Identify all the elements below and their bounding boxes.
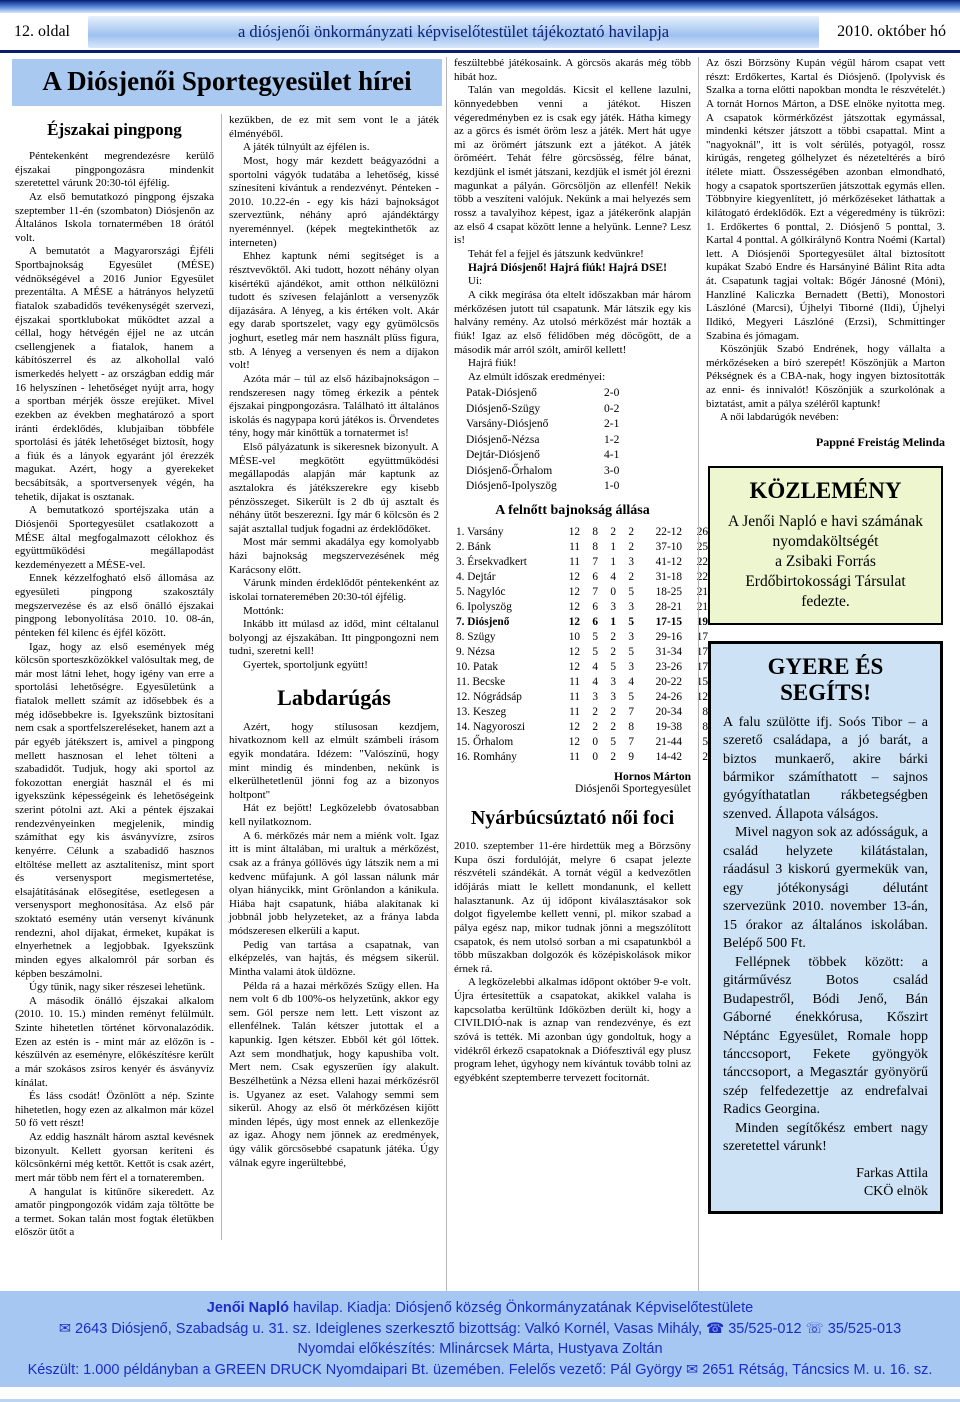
page-number: 12. oldal: [14, 23, 70, 41]
imprint-line-4: Készült: 1.000 példányban a GREEN DRUCK …: [6, 1360, 954, 1381]
masthead: a diósjenői önkormányzati képviselőtestü…: [88, 16, 819, 48]
hajra-line: Hajrá Diósjenő! Hajrá fiúk! Hajrá DSE!: [454, 262, 691, 274]
paragraph: Most már semmi akadálya egy komolyabb há…: [229, 536, 439, 577]
paragraph: feszültebbé játékosaink. A görcsös akará…: [454, 57, 691, 84]
standings-row: 15. Őrhalom1205721-445: [456, 735, 691, 750]
standings-goals: 17-15: [634, 615, 682, 630]
standings-lost: 3: [616, 600, 634, 615]
help-signature-name: Farkas Attila: [723, 1165, 928, 1183]
match-result-row: Patak-Diósjenő2-0: [466, 386, 691, 402]
standings-drawn: 2: [598, 705, 616, 720]
column-4: Az őszi Börzsöny Kupán végül három csapa…: [698, 57, 952, 1291]
football-signature: Hornos Márton Diósjenői Sportegyesület: [454, 771, 691, 795]
standings-team: 9. Nézsa: [456, 645, 556, 660]
section-heading-football: Labdarúgás: [229, 685, 439, 711]
match-teams: Diósjenő-Nézsa: [466, 433, 604, 449]
standings-team: 13. Keszeg: [456, 705, 556, 720]
paragraph: A falu szülötte ifj. Soós Tibor – a szer…: [723, 714, 928, 825]
announcement-line: a Zsibaki Forrás: [722, 552, 929, 572]
match-teams: Patak-Diósjenő: [466, 386, 604, 402]
paragraph: Most, hogy már kezdett beágyazódni a spo…: [229, 155, 439, 250]
standings-played: 11: [556, 750, 580, 765]
help-paragraphs: A falu szülötte ifj. Soós Tibor – a szer…: [723, 714, 928, 1157]
standings-played: 12: [556, 600, 580, 615]
paragraph: A második önálló éjszakai alkalom (2010.…: [15, 995, 214, 1090]
standings-drawn: 2: [598, 720, 616, 735]
standings-row: 7. Diósjenő1261517-1519: [456, 615, 691, 630]
standings-row: 9. Nézsa1252531-3417: [456, 645, 691, 660]
standings-won: 8: [580, 540, 598, 555]
standings-goals: 23-26: [634, 660, 682, 675]
paragraph: A hangulat is kitűnőre sikeredett. Az am…: [15, 1186, 214, 1241]
paragraph: Ui:: [454, 275, 691, 289]
standings-played: 12: [556, 720, 580, 735]
paragraph: Azóta már – túl az első házibajnokságon …: [229, 373, 439, 441]
standings-won: 4: [580, 660, 598, 675]
standings-drawn: 2: [598, 525, 616, 540]
standings-team: 3. Érsekvadkert: [456, 555, 556, 570]
standings-won: 8: [580, 525, 598, 540]
match-score: 1-0: [604, 479, 654, 495]
standings-team: 4. Dejtár: [456, 570, 556, 585]
page-header: 12. oldal a diósjenői önkormányzati képv…: [0, 13, 960, 53]
imprint-footer: Jenői Napló havilap. Kiadja: Diósjenő kö…: [0, 1291, 960, 1387]
match-teams: Diósjenő-Ipolyszög: [466, 479, 604, 495]
standings-row: 2. Bánk1181237-1025: [456, 540, 691, 555]
standings-row: 10. Patak1245323-2617: [456, 660, 691, 675]
pingpong-col2-text: kezükben, de ez mit sem vont le a játék …: [229, 114, 439, 673]
standings-drawn: 1: [598, 540, 616, 555]
standings-won: 2: [580, 705, 598, 720]
standings-goals: 14-42: [634, 750, 682, 765]
football-col2-text: Azért, hogy stílusosan kezdjem, hivatkoz…: [229, 721, 439, 1171]
standings-drawn: 5: [598, 660, 616, 675]
article-title: A Diósjenői Sportegyesület hírei: [12, 59, 442, 106]
paragraph: A játék túlnyúlt az éjfélen is.: [229, 141, 439, 155]
standings-team: 5. Nagylóc: [456, 585, 556, 600]
newsletter-page: 12. oldal a diósjenői önkormányzati képv…: [0, 0, 960, 1402]
standings-lost: 5: [616, 690, 634, 705]
standings-won: 6: [580, 615, 598, 630]
standings-lost: 2: [616, 540, 634, 555]
announcement-line: Erdőbirtokossági Társulat: [722, 572, 929, 592]
match-teams: Diósjenő-Őrhalom: [466, 464, 604, 480]
standings-won: 5: [580, 645, 598, 660]
standings-drawn: 2: [598, 750, 616, 765]
help-signature-role: CKÖ elnök: [723, 1183, 928, 1201]
women-signature-name: Pappné Freistág Melinda: [706, 435, 945, 450]
standings-team: 6. Ipolyszög: [456, 600, 556, 615]
match-result-row: Diósjenő-Szügy0-2: [466, 402, 691, 418]
standings-drawn: 1: [598, 615, 616, 630]
standings-row: 12. Nógrádsáp1133524-2612: [456, 690, 691, 705]
standings-drawn: 4: [598, 570, 616, 585]
standings-drawn: 3: [598, 600, 616, 615]
paragraph: Az első bemutatkozó pingpong éjszaka sze…: [15, 191, 214, 246]
paragraph: Hajrá fiúk!: [454, 357, 691, 371]
match-teams: Dejtár-Diósjenő: [466, 448, 604, 464]
imprint-line-3: Nyomdai előkészítés: Mlinárcsek Márta, H…: [6, 1339, 954, 1360]
standings-lost: 7: [616, 705, 634, 720]
standings-lost: 8: [616, 720, 634, 735]
standings-played: 10: [556, 630, 580, 645]
paragraph: A legközelebbi alkalmas időpont október …: [454, 976, 691, 1085]
paragraph: Péntekenként megrendezésre kerülő éjszak…: [15, 150, 214, 191]
paragraph: Mottónk:: [229, 605, 439, 619]
standings-row: 11. Becske1143420-2215: [456, 675, 691, 690]
signature-org: Diósjenői Sportegyesület: [454, 783, 691, 795]
paragraph: Úgy tűnik, nagy siker részesei lehetünk.: [15, 981, 214, 995]
help-title: GYERE ÉS SEGÍTS!: [723, 654, 928, 706]
standings-row: 5. Nagylóc1270518-2521: [456, 585, 691, 600]
announcement-title: KÖZLEMÉNY: [722, 478, 929, 504]
match-score: 0-2: [604, 402, 654, 418]
standings-goals: 24-26: [634, 690, 682, 705]
standings-goals: 29-16: [634, 630, 682, 645]
standings-heading: A felnőtt bajnokság állása: [454, 503, 691, 519]
standings-played: 12: [556, 615, 580, 630]
paragraph: A 6. mérkőzés már nem a miénk volt. Igaz…: [229, 830, 439, 939]
standings-table: 1. Varsány1282222-12262. Bánk1181237-102…: [456, 525, 691, 765]
standings-played: 12: [556, 570, 580, 585]
standings-won: 3: [580, 690, 598, 705]
standings-row: 4. Dejtár1264231-1822: [456, 570, 691, 585]
paragraph: Köszönjük Szabó Endrének, hogy vállalta …: [706, 343, 945, 411]
paragraph: Fellépnek többek között: a gitárművész B…: [723, 954, 928, 1120]
standings-drawn: 5: [598, 735, 616, 750]
column-3: feszültebbé játékosaink. A görcsös akará…: [446, 57, 698, 1291]
standings-row: 14. Nagyoroszi1222819-388: [456, 720, 691, 735]
standings-team: 1. Varsány: [456, 525, 556, 540]
standings-team: 10. Patak: [456, 660, 556, 675]
standings-team: 11. Becske: [456, 675, 556, 690]
match-score: 4-1: [604, 448, 654, 464]
match-result-row: Dejtár-Diósjenő4-1: [466, 448, 691, 464]
standings-won: 0: [580, 735, 598, 750]
signature-name: Hornos Márton: [454, 771, 691, 783]
standings-lost: 3: [616, 630, 634, 645]
announcement-line: nyomdaköltségét: [722, 532, 929, 552]
standings-lost: 5: [616, 645, 634, 660]
announcement-box: KÖZLEMÉNY A Jenői Napló e havi számánakn…: [708, 466, 943, 625]
paragraph: Tehát fel a fejjel és játszunk kedvünkre…: [454, 248, 691, 262]
issue-date: 2010. október hó: [837, 23, 946, 41]
paragraph: Inkább itt múlasd az időd, mint céltalan…: [229, 618, 439, 659]
standings-played: 11: [556, 675, 580, 690]
standings-team: 12. Nógrádsáp: [456, 690, 556, 705]
paragraph: kezükben, de ez mit sem vont le a játék …: [229, 114, 439, 141]
standings-played: 11: [556, 705, 580, 720]
match-score: 2-0: [604, 386, 654, 402]
paragraph: Minden segítőkész embert nagy szeretette…: [723, 1120, 928, 1157]
paragraph: Hát ez bejött! Legközelebb óvatosabban k…: [229, 802, 439, 829]
standings-goals: 18-25: [634, 585, 682, 600]
paragraph: Az elmúlt időszak eredményei:: [454, 371, 691, 385]
imprint-line-1-rest: havilap. Kiadja: Diósjenő község Önkormá…: [289, 1300, 753, 1316]
paragraph: A női labdarúgók nevében:: [706, 411, 945, 425]
match-score: 2-1: [604, 417, 654, 433]
paragraph: Talán van megoldás. Kicsit el kellene la…: [454, 84, 691, 248]
standings-played: 12: [556, 660, 580, 675]
standings-team: 14. Nagyoroszi: [456, 720, 556, 735]
standings-team: 7. Diósjenő: [456, 615, 556, 630]
paragraph: Az őszi Börzsöny Kupán végül három csapa…: [706, 57, 945, 343]
paragraph: Igaz, hogy az első események még kölcsön…: [15, 641, 214, 982]
standings-goals: 21-44: [634, 735, 682, 750]
newsletter-brand: Jenői Napló: [207, 1300, 289, 1316]
paragraph: A cikk megírása óta eltelt időszakban má…: [454, 289, 691, 357]
paragraph: A bemutatkozó sportéjszaka után a Diósje…: [15, 504, 214, 572]
standings-row: 13. Keszeg1122720-348: [456, 705, 691, 720]
match-results-list: Patak-Diósjenő2-0Diósjenő-Szügy0-2Varsán…: [466, 386, 691, 495]
football-col3-text-b: Ui:A cikk megírása óta eltelt időszakban…: [454, 275, 691, 384]
standings-row: 6. Ipolyszög1263328-2121: [456, 600, 691, 615]
pingpong-col1-text: Péntekenként megrendezésre kerülő éjszak…: [15, 150, 214, 1240]
standings-goals: 37-10: [634, 540, 682, 555]
match-result-row: Diósjenő-Őrhalom3-0: [466, 464, 691, 480]
standings-played: 11: [556, 690, 580, 705]
imprint-line-1: Jenői Napló havilap. Kiadja: Diósjenő kö…: [6, 1298, 954, 1319]
standings-goals: 19-38: [634, 720, 682, 735]
standings-team: 16. Romhány: [456, 750, 556, 765]
standings-won: 0: [580, 750, 598, 765]
standings-played: 11: [556, 540, 580, 555]
standings-row: 1. Varsány1282222-1226: [456, 525, 691, 540]
standings-goals: 22-12: [634, 525, 682, 540]
paragraph: A bemutatót a Magyarországi Éjféli Sport…: [15, 245, 214, 504]
standings-played: 12: [556, 645, 580, 660]
top-gradient-bar: [0, 0, 960, 13]
standings-team: 8. Szügy: [456, 630, 556, 645]
page-content: A Diósjenői Sportegyesület hírei Éjszaka…: [0, 53, 960, 1291]
paragraph: Azért, hogy stílusosan kezdjem, hivatkoz…: [229, 721, 439, 803]
paragraph: 2010. szeptember 11-ére hirdettük meg a …: [454, 840, 691, 976]
standings-goals: 20-22: [634, 675, 682, 690]
standings-drawn: 0: [598, 585, 616, 600]
standings-lost: 9: [616, 750, 634, 765]
standings-drawn: 2: [598, 630, 616, 645]
standings-played: 12: [556, 525, 580, 540]
section-heading-women-football: Nyárbúcsúztató női foci: [454, 807, 691, 830]
standings-drawn: 3: [598, 675, 616, 690]
standings-lost: 7: [616, 735, 634, 750]
standings-played: 12: [556, 585, 580, 600]
football-col3-text-a: feszültebbé játékosaink. A görcsös akará…: [454, 57, 691, 261]
imprint-line-2: ✉ 2643 Diósjenő, Szabadság u. 31. sz. Id…: [6, 1319, 954, 1340]
standings-goals: 31-34: [634, 645, 682, 660]
paragraph: Példa rá a hazai mérkőzés Szűgy ellen. H…: [229, 980, 439, 1171]
standings-lost: 5: [616, 585, 634, 600]
match-teams: Varsány-Diósjenő: [466, 417, 604, 433]
paragraph: Ehhez kaptunk némi segítséget is a részt…: [229, 250, 439, 373]
section-heading-pingpong: Éjszakai pingpong: [15, 120, 214, 140]
standings-won: 7: [580, 555, 598, 570]
standings-goals: 28-21: [634, 600, 682, 615]
match-score: 3-0: [604, 464, 654, 480]
column-2: kezükben, de ez mit sem vont le a játék …: [221, 114, 446, 1240]
paragraph: Ennek kézzelfogható első állomása az egy…: [15, 572, 214, 640]
standings-goals: 31-18: [634, 570, 682, 585]
announcement-lines: A Jenői Napló e havi számánaknyomdakölts…: [722, 512, 929, 613]
standings-team: 15. Őrhalom: [456, 735, 556, 750]
standings-played: 12: [556, 735, 580, 750]
paragraph: Mivel nagyon sok az adósságuk, a család …: [723, 824, 928, 953]
standings-won: 4: [580, 675, 598, 690]
announcement-line: fedezte.: [722, 592, 929, 612]
match-result-row: Diósjenő-Ipolyszög1-0: [466, 479, 691, 495]
match-teams: Diósjenő-Szügy: [466, 402, 604, 418]
standings-lost: 3: [616, 660, 634, 675]
standings-drawn: 1: [598, 555, 616, 570]
women-col4-text: Az őszi Börzsöny Kupán végül három csapa…: [706, 57, 945, 425]
announcement-line: A Jenői Napló e havi számának: [722, 512, 929, 532]
paragraph: Várunk minden érdeklődőt péntekenként az…: [229, 577, 439, 604]
standings-won: 5: [580, 630, 598, 645]
standings-won: 7: [580, 585, 598, 600]
standings-drawn: 2: [598, 645, 616, 660]
standings-played: 11: [556, 555, 580, 570]
match-score: 1-2: [604, 433, 654, 449]
standings-lost: 2: [616, 525, 634, 540]
help-box: GYERE ÉS SEGÍTS! A falu szülötte ifj. So…: [708, 641, 943, 1215]
match-result-row: Varsány-Diósjenő2-1: [466, 417, 691, 433]
paragraph: Első pályázatunk is sikeresnek bizonyult…: [229, 441, 439, 536]
women-col3-text: 2010. szeptember 11-ére hirdettük meg a …: [454, 840, 691, 1085]
standings-lost: 5: [616, 615, 634, 630]
standings-won: 6: [580, 600, 598, 615]
standings-row: 16. Romhány1102914-422: [456, 750, 691, 765]
paragraph: Az eddig használt három asztal kevésnek …: [15, 1131, 214, 1186]
standings-drawn: 3: [598, 690, 616, 705]
paragraph: Pedig van tartása a csapatnak, van elkép…: [229, 939, 439, 980]
standings-team: 2. Bánk: [456, 540, 556, 555]
standings-goals: 20-34: [634, 705, 682, 720]
standings-won: 2: [580, 720, 598, 735]
standings-won: 6: [580, 570, 598, 585]
match-result-row: Diósjenő-Nézsa1-2: [466, 433, 691, 449]
article-left-half: A Diósjenői Sportegyesület hírei Éjszaka…: [8, 57, 446, 1291]
standings-lost: 3: [616, 555, 634, 570]
standings-lost: 4: [616, 675, 634, 690]
help-signature: Farkas Attila CKÖ elnök: [723, 1165, 928, 1201]
standings-lost: 2: [616, 570, 634, 585]
standings-row: 8. Szügy1052329-1617: [456, 630, 691, 645]
standings-goals: 41-12: [634, 555, 682, 570]
standings-row: 3. Érsekvadkert1171341-1222: [456, 555, 691, 570]
paragraph: És láss csodát! Özönlött a nép. Szinte h…: [15, 1090, 214, 1131]
paragraph: Gyertek, sportoljunk együtt!: [229, 659, 439, 673]
column-1: Éjszakai pingpong Péntekenként megrendez…: [8, 114, 221, 1240]
